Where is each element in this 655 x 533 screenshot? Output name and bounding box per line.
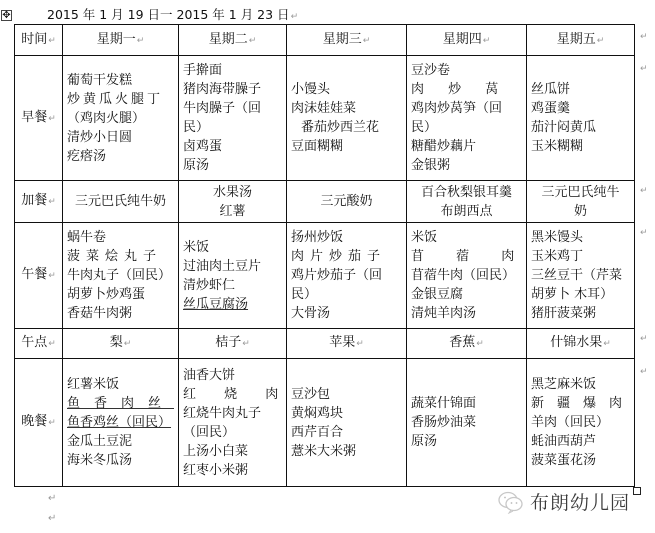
watermark: 布朗幼儿园 [497,488,630,515]
table-resize-handle[interactable] [633,487,641,495]
meal-label: 早餐↵ [15,56,63,181]
table-row-afternoon-snack: 午点↵ 梨↵ 桔子↵ 苹果↵ 香蕉↵ 什锦水果↵ [15,329,635,359]
table-row-breakfast: 早餐↵ 葡萄干发糕 炒黄瓜火腿丁 （鸡肉火腿） 清炒小日圆 疙瘩汤 手擀面 猪肉… [15,56,635,181]
header-monday: 星期一↵ [63,25,179,56]
menu-cell: 手擀面 猪肉海带臊子 牛肉臊子（回 民） 卤鸡蛋 原汤 [179,56,287,181]
meal-label: 午点↵ [15,329,63,359]
menu-cell: 黑芝麻米饭 新疆爆肉 羊肉（回民） 蚝油西葫芦 菠菜蛋花汤 [527,359,635,487]
menu-cell: 三元酸奶 [287,181,407,223]
menu-cell: 三元巴氏纯牛奶 [63,181,179,223]
header-thursday: 星期四↵ [407,25,527,56]
menu-cell: 桔子↵ [179,329,287,359]
table-row-snack: 加餐↵ 三元巴氏纯牛奶 水果汤 红薯 三元酸奶 百合秋梨银耳羹 布朗西点 三元巴… [15,181,635,223]
table-row-dinner: 晚餐↵ 红薯米饭 鱼香肉丝 鱼香鸡丝（回民） 金瓜土豆泥 海米冬瓜汤 油香大饼 … [15,359,635,487]
menu-cell: 蔬菜什锦面 香肠炒油菜 原汤 [407,359,527,487]
header-wednesday: 星期三↵ [287,25,407,56]
header-time: 时间↵ [15,25,63,56]
wechat-icon [497,490,525,514]
title-text: 2015 年 1 月 19 日一 2015 年 1 月 23 日 [47,7,290,22]
menu-cell: 扬州炒饭 肉片炒茄子 鸡片炒茄子（回 民） 大骨汤 [287,223,407,329]
menu-cell: 苹果↵ [287,329,407,359]
menu-cell: 梨↵ [63,329,179,359]
table-header-row: 时间↵ 星期一↵ 星期二↵ 星期三↵ 星期四↵ 星期五↵ [15,25,635,56]
meal-label: 晚餐↵ [15,359,63,487]
meal-label: 加餐↵ [15,181,63,223]
menu-cell: 米饭 过油肉土豆片 清炒虾仁 丝瓜豆腐汤 [179,223,287,329]
paragraph-mark-icon: ↵ [291,12,299,22]
row-end-mark-icon: ↵ [640,186,648,196]
table-move-handle-icon[interactable]: ✥ [1,10,12,21]
row-end-mark-icon: ↵ [640,64,648,74]
menu-cell: 水果汤 红薯 [179,181,287,223]
table-row-lunch: 午餐↵ 蜗牛卷 菠菜烩丸子 牛肉丸子（回民） 胡萝卜炒鸡蛋 香菇牛肉粥 米饭 过… [15,223,635,329]
paragraph-mark-icon: ↵ [48,493,56,504]
menu-cell: 米饭 苜 蓿 肉 苜蓿牛肉（回民） 金银豆腐 清炖羊肉汤 [407,223,527,329]
menu-cell: 红薯米饭 鱼香肉丝 鱼香鸡丝（回民） 金瓜土豆泥 海米冬瓜汤 [63,359,179,487]
paragraph-mark-icon: ↵ [48,513,56,524]
menu-cell: 小馒头 肉沫娃娃菜 番茄炒西兰花 豆面糊糊 [287,56,407,181]
meal-label: 午餐↵ [15,223,63,329]
menu-cell: 葡萄干发糕 炒黄瓜火腿丁 （鸡肉火腿） 清炒小日圆 疙瘩汤 [63,56,179,181]
weekly-menu-table: 时间↵ 星期一↵ 星期二↵ 星期三↵ 星期四↵ 星期五↵ 早餐↵ 葡萄干发糕 炒… [14,24,635,487]
watermark-text: 布朗幼儿园 [530,488,630,515]
menu-cell: 豆沙包 黄焖鸡块 西芹百合 薏米大米粥 [287,359,407,487]
header-friday: 星期五↵ [527,25,635,56]
row-end-mark-icon: ↵ [640,367,648,377]
menu-cell: 黑米馒头 玉米鸡丁 三丝豆干（芹菜 胡萝卜 木耳） 猪肝菠菜粥 [527,223,635,329]
menu-cell: 丝瓜饼 鸡蛋羹 茄汁闷黄瓜 玉米糊糊 [527,56,635,181]
document-title: 2015 年 1 月 19 日一 2015 年 1 月 23 日↵ [47,5,298,23]
row-end-mark-icon: ↵ [640,32,648,42]
menu-cell: 什锦水果↵ [527,329,635,359]
menu-cell: 豆沙卷 肉 炒 莴 笋 鸡肉炒莴笋（回 民） 糖醋炒藕片 金银粥 [407,56,527,181]
menu-cell: 香蕉↵ [407,329,527,359]
header-tuesday: 星期二↵ [179,25,287,56]
row-end-mark-icon: ↵ [640,228,648,238]
row-end-mark-icon: ↵ [640,334,648,344]
menu-cell: 油香大饼 红 烧 肉 红烧牛肉丸子 （回民） 上汤小白菜 红枣小米粥 [179,359,287,487]
menu-cell: 三元巴氏纯牛 奶 [527,181,635,223]
menu-cell: 蜗牛卷 菠菜烩丸子 牛肉丸子（回民） 胡萝卜炒鸡蛋 香菇牛肉粥 [63,223,179,329]
menu-cell: 百合秋梨银耳羹 布朗西点 [407,181,527,223]
